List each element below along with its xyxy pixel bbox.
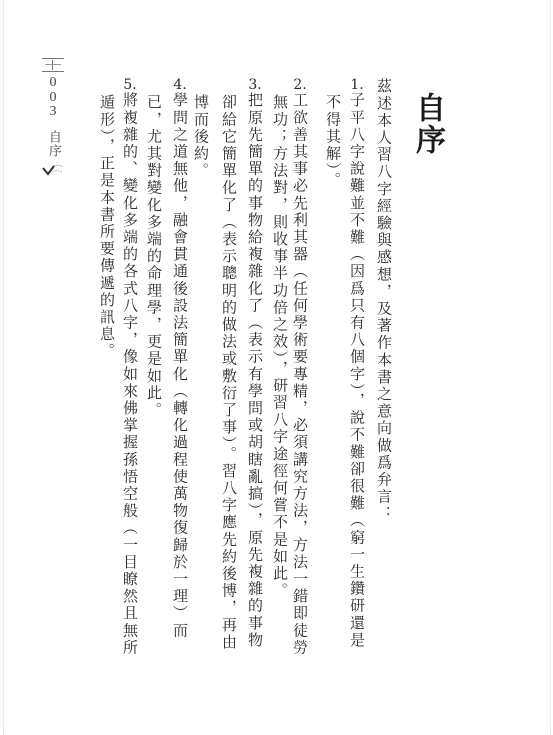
page-edge-left <box>0 0 4 735</box>
item-5-line-1: 5.將複雜的、變化多端的各式八字，像如來佛掌握孫悟空般（一目瞭然且無所 <box>122 78 137 656</box>
item-number: 5. <box>122 78 138 92</box>
item-3-line-3: 博而後約。 <box>193 94 208 180</box>
item-5-line-2: 遁形），正是本書所要傳遞的訊息。 <box>99 94 114 360</box>
item-number: 1. <box>349 78 365 92</box>
intro-text: 茲述本人習八字經驗與感想，及著作本書之意向做爲弁言： <box>376 78 391 523</box>
item-2-line-1: 2.工欲善其事必先利其器（任何學術要專精，必須講究方法，方法一錯即徒勞 <box>292 78 307 656</box>
section-label: 自序 <box>46 130 60 158</box>
page-margin-marker: 0 0 3 自序 <box>40 58 66 176</box>
page-title: 自序 <box>412 92 442 156</box>
page-number-digit: 0 <box>40 91 66 106</box>
page-number-digit: 0 <box>40 76 66 91</box>
item-number: 3. <box>247 78 263 92</box>
item-3-line-1: 3.把原先簡單的事物給複雜化了（表示有學問或胡瞎亂搞），原先複雜的事物 <box>247 78 262 649</box>
item-4-line-2: 已，尤其對變化多端的命理學，更是如此。 <box>146 94 161 419</box>
item-2-line-2: 無功；方法對，則收事半功倍之效），研習八字途徑何嘗不是如此。 <box>272 94 287 600</box>
item-number: 4. <box>172 78 188 92</box>
chapter-glyph-icon <box>42 58 64 72</box>
item-1-line-1: 1.子平八字說難並不難（因爲只有八個字），說不難卻很難（窮一生鑽研還是 <box>349 78 364 649</box>
item-4-line-1: 4.學問之道無他，融會貫通後設法簡單化（轉化過程使萬物復歸於一理）而 <box>172 78 187 639</box>
pen-scroll-icon <box>41 162 65 176</box>
item-number: 2. <box>292 78 308 92</box>
item-3-line-2: 卻給它簡單化了（表示聰明的做法或敷衍了事）。習八字應先約後博，再由 <box>221 94 236 651</box>
item-1-line-2: 不得其解）。 <box>325 94 340 189</box>
page-number-digit: 3 <box>40 105 66 120</box>
